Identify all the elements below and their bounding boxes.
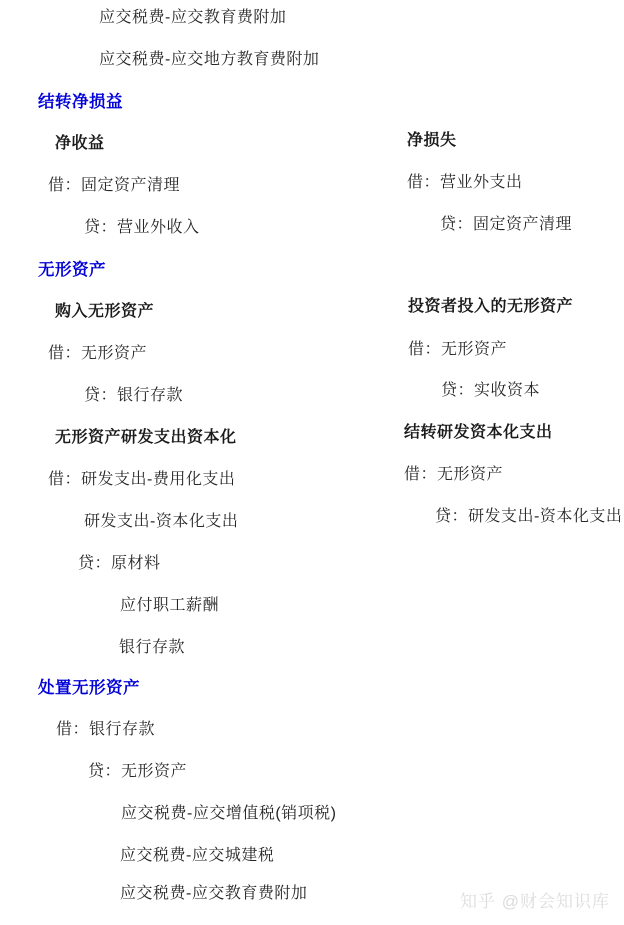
entry-title: 无形资产研发支出资本化: [55, 428, 237, 448]
entry-line: 贷：固定资产清理: [440, 215, 572, 235]
entry-title: 投资者投入的无形资产: [408, 297, 573, 317]
entry-line: 借：固定资产清理: [48, 176, 180, 196]
watermark: 知乎 @财会知识库: [460, 887, 610, 912]
entry-line: 应付职工薪酬: [120, 596, 219, 616]
entry-line: 应交税费-应交教育费附加: [99, 8, 286, 28]
entry-line: 借：无形资产: [48, 344, 147, 364]
entry-line: 借：营业外支出: [407, 173, 523, 193]
entry-line: 应交税费-应交地方教育费附加: [99, 50, 319, 70]
entry-title: 净收益: [55, 134, 105, 154]
entry-line: 贷：银行存款: [84, 386, 183, 406]
entry-line: 应交税费-应交城建税: [120, 846, 274, 866]
entry-line: 贷：营业外收入: [84, 218, 200, 238]
page: 应交税费-应交教育费附加 应交税费-应交地方教育费附加 结转净损益 净收益 净损…: [0, 0, 624, 925]
entry-line: 借：银行存款: [56, 720, 155, 740]
entry-title: 净损失: [407, 131, 457, 151]
entry-line: 借：无形资产: [404, 465, 503, 485]
entry-line: 应交税费-应交增值税(销项税): [121, 804, 337, 824]
entry-line: 银行存款: [119, 638, 185, 658]
entry-line: 贷：原材料: [78, 554, 161, 574]
entry-line: 贷：无形资产: [88, 762, 187, 782]
entry-title: 结转研发资本化支出: [404, 423, 553, 443]
entry-line: 贷：实收资本: [441, 381, 540, 401]
entry-title: 购入无形资产: [55, 302, 154, 322]
section-header: 处置无形资产: [38, 678, 140, 698]
entry-line: 借：无形资产: [408, 340, 507, 360]
entry-line: 应交税费-应交教育费附加: [120, 884, 307, 904]
entry-line: 借：研发支出-费用化支出: [48, 470, 235, 490]
entry-line: 贷：研发支出-资本化支出: [435, 507, 622, 527]
section-header: 无形资产: [38, 260, 106, 280]
entry-line: 研发支出-资本化支出: [84, 512, 238, 532]
section-header: 结转净损益: [38, 92, 123, 112]
